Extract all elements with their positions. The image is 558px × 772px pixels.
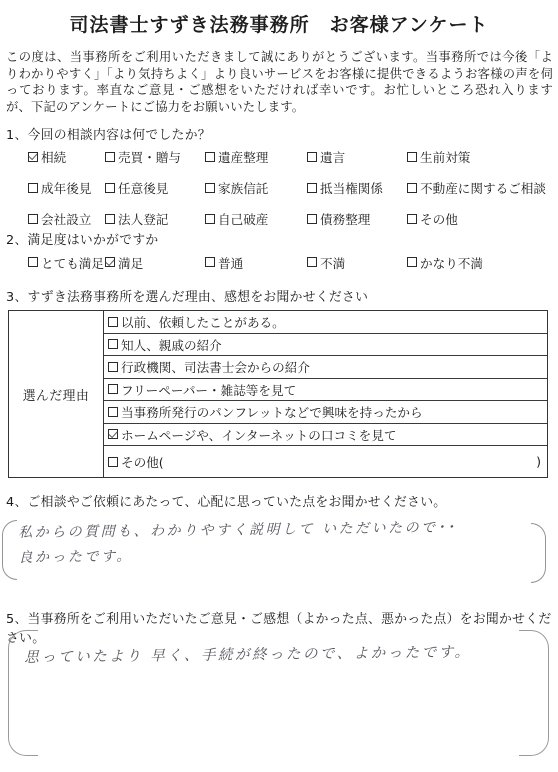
checkbox-icon: [205, 152, 215, 162]
q2-option-totemo-manzoku[interactable]: とても満足: [28, 250, 105, 274]
reason-table-header-cell: 選んだ理由: [9, 311, 104, 477]
intro-paragraph: この度は、当事務所をご利用いただきまして誠にありがとうございます。当事務所では今…: [6, 49, 553, 115]
survey-page: 司法書士すずき法務事務所 お客様アンケート この度は、当事務所をご利用いただきま…: [0, 0, 558, 772]
q3-option-gyosei-kikan[interactable]: 行政機関、司法書士会からの紹介: [108, 357, 541, 376]
left-paren-icon: [2, 520, 17, 580]
checkbox-icon: [407, 257, 417, 267]
q1-option-teitoken[interactable]: 抵当権関係: [307, 172, 407, 203]
checkbox-icon: [108, 457, 118, 467]
checkbox-icon: [105, 257, 115, 267]
checkbox-icon: [205, 257, 215, 267]
q3-option-free-paper[interactable]: フリーペーパー・雑誌等を見て: [108, 380, 541, 399]
option-label: 債務整理: [320, 209, 370, 228]
q3-option-homepage[interactable]: ホームページや、インターネットの口コミを見て: [108, 425, 541, 444]
option-label: 成年後見: [41, 178, 91, 197]
option-label: とても満足: [41, 253, 104, 272]
checkbox-icon: [28, 152, 38, 162]
table-row: 知人、親戚の紹介: [104, 334, 547, 357]
q5-handwritten-answer: 思っていたより 早く、手続が終ったので、よかったです。: [24, 641, 472, 667]
option-label: 知人、親戚の紹介: [121, 335, 222, 354]
q2-option-fuman[interactable]: 不満: [307, 250, 407, 274]
option-label: その他: [420, 209, 458, 228]
checkbox-icon: [307, 152, 317, 162]
q2-option-futsu[interactable]: 普通: [205, 250, 307, 274]
table-row: フリーペーパー・雑誌等を見て: [104, 379, 547, 402]
checkbox-icon: [307, 214, 317, 224]
right-paren-icon: [519, 630, 549, 756]
q4-handwritten-answer: 私からの質問も、わかりやすく説明して いただいたので･･ 良かったです。: [18, 516, 457, 571]
q1-option-saimu-seiri[interactable]: 債務整理: [307, 203, 407, 234]
q1-option-isan[interactable]: 遺産整理: [205, 141, 307, 172]
option-label: 相続: [41, 147, 66, 166]
q4-answer-line2: 良かったです。: [18, 541, 457, 571]
option-label: かなり不満: [420, 253, 483, 272]
checkbox-icon: [28, 214, 38, 224]
q4-heading: 4、ご相談やご依頼にあたって、心配に思っていた点をお聞かせください。: [6, 491, 446, 510]
q1-option-nini-koken[interactable]: 任意後見: [105, 172, 205, 203]
checkbox-icon: [28, 257, 38, 267]
checkbox-icon: [307, 257, 317, 267]
checkbox-icon: [108, 339, 118, 349]
checkbox-icon: [108, 362, 118, 372]
q1-option-seinen-koken[interactable]: 成年後見: [28, 172, 105, 203]
table-row: 以前、依頼したことがある。: [104, 311, 547, 334]
close-paren-label: ): [536, 454, 541, 469]
checkbox-icon: [28, 183, 38, 193]
option-label: その他(: [121, 452, 164, 471]
option-label: 満足: [118, 253, 143, 272]
page-title: 司法書士すずき法務事務所 お客様アンケート: [0, 10, 558, 37]
checkbox-icon: [108, 317, 118, 327]
option-label: 不満: [320, 253, 345, 272]
q4-answer-line1: 私からの質問も、わかりやすく説明して いただいたので･･: [18, 516, 457, 546]
q1-option-fudosan[interactable]: 不動産に関するご相談: [407, 172, 554, 203]
q3-option-pamphlet[interactable]: 当事務所発行のパンフレットなどで興味を持ったから: [108, 402, 541, 421]
q1-option-yuigon[interactable]: 遺言: [307, 141, 407, 172]
table-row: 当事務所発行のパンフレットなどで興味を持ったから: [104, 401, 547, 424]
checkbox-icon: [105, 214, 115, 224]
option-label: 以前、依頼したことがある。: [121, 312, 285, 331]
checkbox-icon: [205, 214, 215, 224]
q2-options-grid: とても満足 満足 普通 不満 かなり不満: [28, 250, 554, 274]
checkbox-icon: [105, 152, 115, 162]
option-label: フリーペーパー・雑誌等を見て: [121, 380, 296, 399]
q2-option-kanari-fuman[interactable]: かなり不満: [407, 250, 554, 274]
reason-table-rows: 以前、依頼したことがある。 知人、親戚の紹介 行政機関、司法書士会からの紹介 フ…: [104, 311, 547, 477]
option-label: 法人登記: [118, 209, 168, 228]
checkbox-icon: [407, 183, 417, 193]
option-label: 自己破産: [218, 209, 268, 228]
option-label: 遺産整理: [218, 147, 268, 166]
option-label: 任意後見: [118, 178, 168, 197]
q3-option-izen-irai[interactable]: 以前、依頼したことがある。: [108, 312, 541, 331]
q1-option-seizen[interactable]: 生前対策: [407, 141, 554, 172]
q1-option-jiko-hasan[interactable]: 自己破産: [205, 203, 307, 234]
checkbox-icon: [307, 183, 317, 193]
q1-options-grid: 相続 売買・贈与 遺産整理 遺言 生前対策 成年後見 任意後見 家族信託 抵当権…: [28, 141, 554, 234]
table-row: 行政機関、司法書士会からの紹介: [104, 356, 547, 379]
checkbox-icon: [205, 183, 215, 193]
option-label: 会社設立: [41, 209, 91, 228]
option-label: 遺言: [320, 147, 345, 166]
option-label: 行政機関、司法書士会からの紹介: [121, 357, 310, 376]
q5-answer-box[interactable]: 思っていたより 早く、手続が終ったので、よかったです。: [8, 630, 549, 756]
checkbox-icon: [105, 183, 115, 193]
q1-option-baibai[interactable]: 売買・贈与: [105, 141, 205, 172]
q3-heading: 3、すずき法務事務所を選んだ理由、感想をお聞かせください: [6, 286, 368, 305]
checkbox-icon: [108, 384, 118, 394]
checkbox-icon: [108, 407, 118, 417]
option-label: 当事務所発行のパンフレットなどで興味を持ったから: [121, 402, 423, 421]
option-label: 家族信託: [218, 178, 268, 197]
option-label: ホームページや、インターネットの口コミを見て: [121, 425, 396, 444]
option-label: 売買・贈与: [118, 147, 181, 166]
q1-option-souzoku[interactable]: 相続: [28, 141, 105, 172]
table-row: ホームページや、インターネットの口コミを見て: [104, 424, 547, 447]
q3-option-sonota[interactable]: その他( ): [108, 452, 541, 471]
option-label: 普通: [218, 253, 243, 272]
option-label: 抵当権関係: [320, 178, 383, 197]
option-label: 不動産に関するご相談: [420, 178, 546, 197]
reason-table: 選んだ理由 以前、依頼したことがある。 知人、親戚の紹介 行政機関、司法書士会か…: [8, 310, 548, 478]
table-row: その他( ): [104, 446, 547, 477]
checkbox-icon: [108, 429, 118, 439]
option-label: 生前対策: [420, 147, 470, 166]
q3-option-chijin-shokai[interactable]: 知人、親戚の紹介: [108, 335, 541, 354]
checkbox-icon: [407, 214, 417, 224]
q2-heading: 2、満足度はいかがですか: [6, 229, 159, 248]
q1-option-sonota[interactable]: その他: [407, 203, 554, 234]
q2-option-manzoku[interactable]: 満足: [105, 250, 205, 274]
q4-answer-area[interactable]: 私からの質問も、わかりやすく説明して いただいたので･･ 良かったです。: [2, 518, 554, 580]
checkbox-icon: [407, 152, 417, 162]
right-paren-icon: [531, 523, 546, 583]
q1-option-kazoku-shintaku[interactable]: 家族信託: [205, 172, 307, 203]
